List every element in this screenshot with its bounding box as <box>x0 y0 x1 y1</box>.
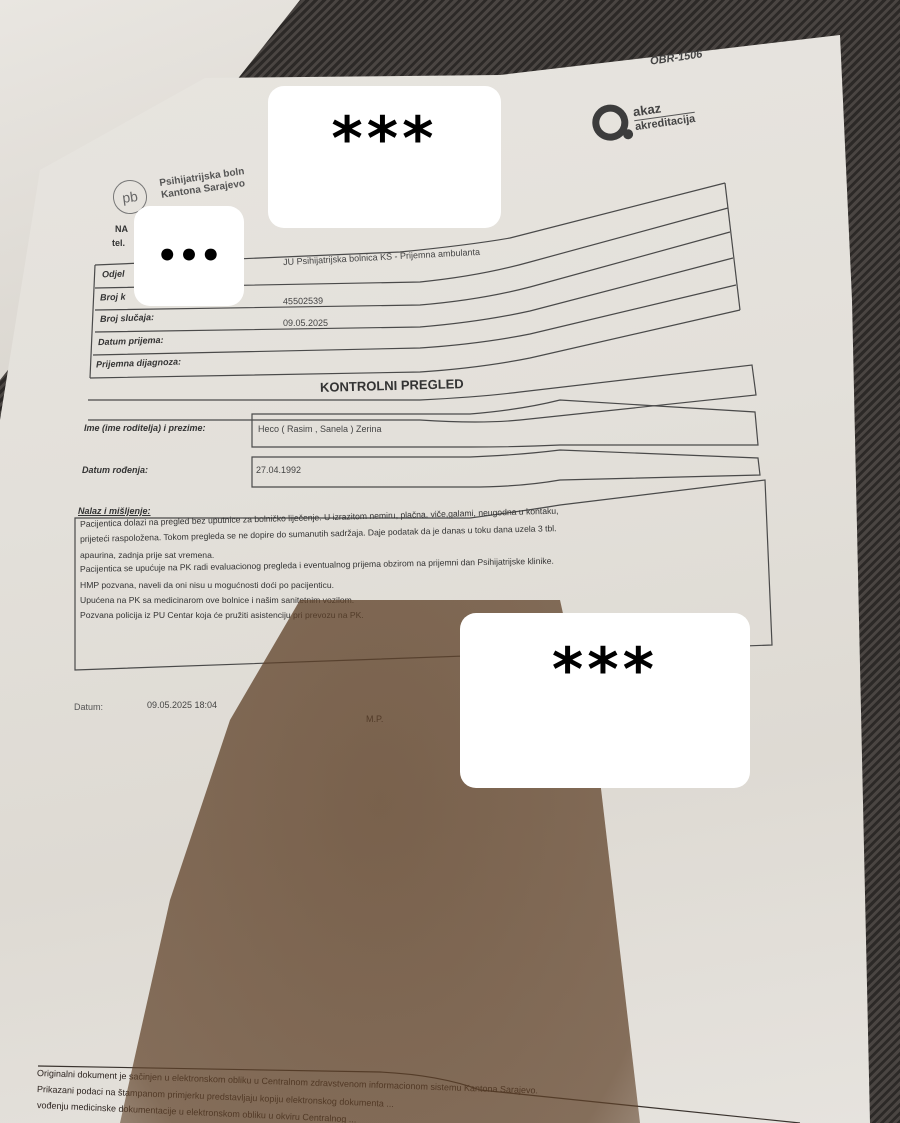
redaction-left: ••• <box>134 206 244 306</box>
redaction-top: *** <box>268 86 501 228</box>
redaction-bottom: *** <box>460 613 750 788</box>
